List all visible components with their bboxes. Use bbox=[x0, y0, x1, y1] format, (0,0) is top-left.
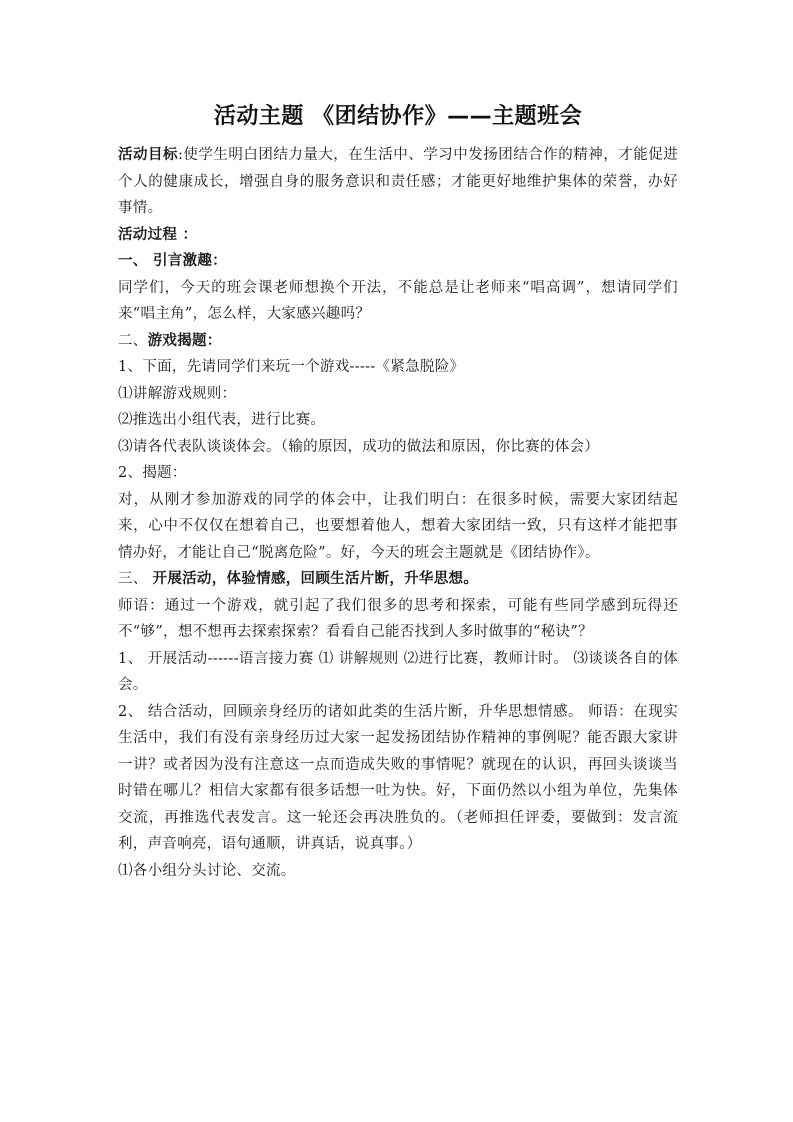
paragraph: 1、 开展活动------语言接力赛 ⑴ 讲解规则 ⑵进行比赛，教师计时。 ⑶谈… bbox=[118, 646, 678, 699]
section-title: 引言激趣： bbox=[153, 253, 227, 269]
section-title: 开展活动，体验情感，回顾生活片断，升华思想。 bbox=[153, 571, 479, 587]
section-title: 游戏揭题： bbox=[148, 333, 222, 349]
paragraph: 对，从刚才参加游戏的同学的体会中，让我们明白：在很多时候，需要大家团结起来，心中… bbox=[118, 487, 678, 567]
section-number: 二、 bbox=[118, 333, 148, 349]
document-title: 活动主题 《团结协作》——主题班会 bbox=[118, 100, 678, 134]
goal-paragraph: 活动目标:使学生明白团结力量大，在生活中、学习中发扬团结合作的精神，才能促进个人… bbox=[118, 142, 678, 222]
paragraph: 2、 结合活动，回顾亲身经历的诸如此类的生活片断，升华思想情感。 师语：在现实生… bbox=[118, 699, 678, 858]
paragraph: 同学们，今天的班会课老师想换个开法，不能总是让老师来“唱高调”，想请同学们来“唱… bbox=[118, 275, 678, 328]
section-heading: 二、游戏揭题： bbox=[118, 328, 678, 355]
paragraph: 2、揭题： bbox=[118, 460, 678, 487]
paragraph: 1、下面，先请同学们来玩一个游戏-----《紧急脱险》 bbox=[118, 354, 678, 381]
paragraph: ⑶请各代表队谈谈体会。（输的原因，成功的做法和原因，你比赛的体会） bbox=[118, 434, 678, 461]
section-number: 一、 bbox=[118, 253, 153, 269]
goal-label: 活动目标 bbox=[118, 147, 178, 163]
paragraph: ⑴各小组分头讨论、交流。 bbox=[118, 858, 678, 885]
paragraph: ⑵推选出小组代表，进行比赛。 bbox=[118, 407, 678, 434]
section-heading: 三、 开展活动，体验情感，回顾生活片断，升华思想。 bbox=[118, 566, 678, 593]
paragraph: ⑴讲解游戏规则： bbox=[118, 381, 678, 408]
paragraph: 师语：通过一个游戏，就引起了我们很多的思考和探索，可能有些同学感到玩得还不“够”… bbox=[118, 593, 678, 646]
goal-text: :使学生明白团结力量大，在生活中、学习中发扬团结合作的精神，才能促进个人的健康成… bbox=[118, 147, 678, 216]
document-body: 活动目标:使学生明白团结力量大，在生活中、学习中发扬团结合作的精神，才能促进个人… bbox=[118, 142, 678, 884]
process-label: 活动过程 ： bbox=[118, 222, 678, 249]
section-heading: 一、 引言激趣： bbox=[118, 248, 678, 275]
section-number: 三、 bbox=[118, 571, 153, 587]
